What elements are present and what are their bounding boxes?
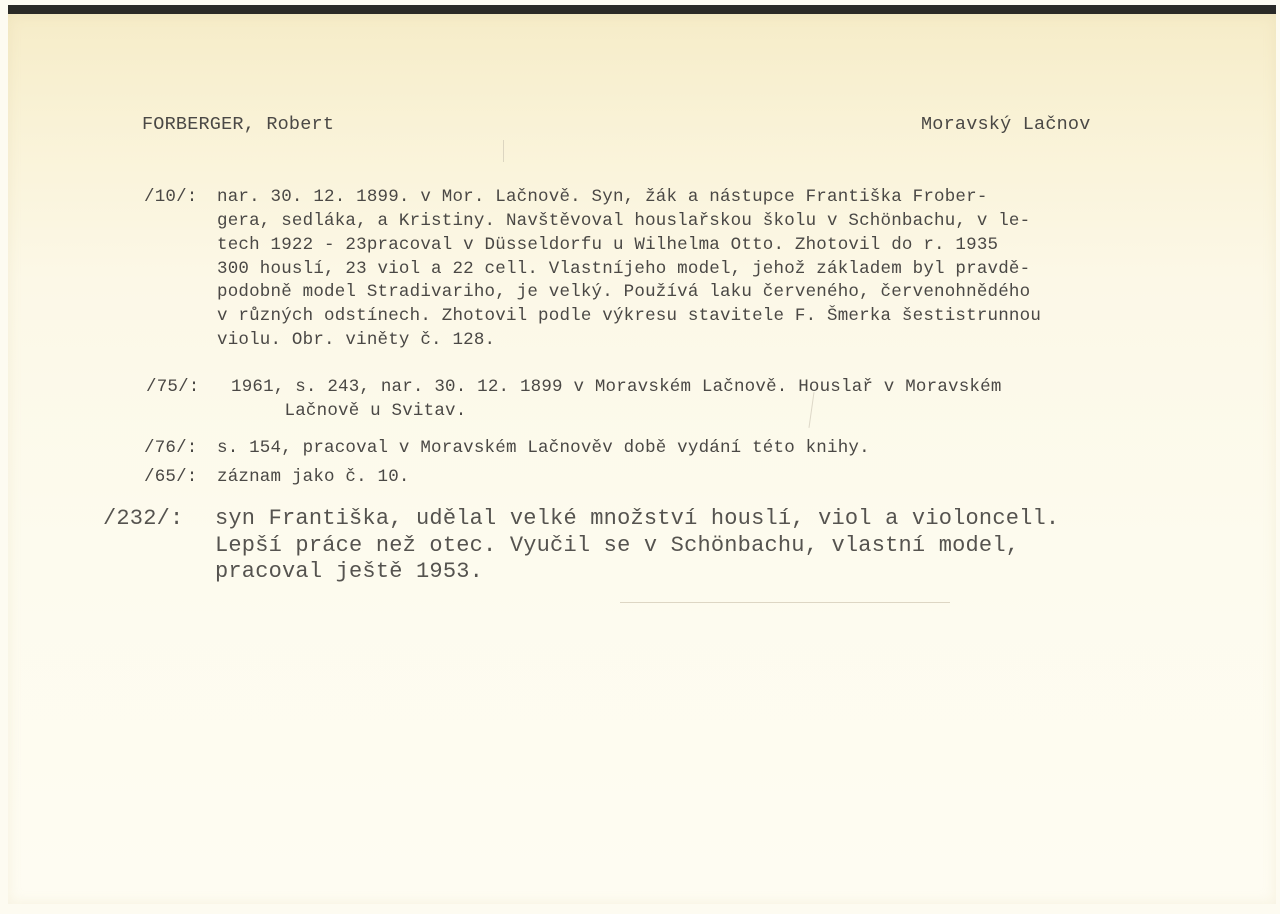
entry-line: s. 154, pracoval v Moravském Lačnověv do… <box>217 437 870 461</box>
scan-artifact <box>503 140 504 162</box>
source-ref: /232/: <box>103 508 183 531</box>
entry-line: Lačnově u Svitav. <box>231 400 466 424</box>
entry-line: syn Františka, udělal velké množství hou… <box>215 508 1059 531</box>
card-top-edge <box>8 5 1276 14</box>
entry-line: v různých odstínech. Zhotovil podle výkr… <box>217 305 1041 329</box>
scanned-document: FORBERGER, Robert Moravský Lačnov /10/: … <box>0 0 1280 914</box>
entry-line: gera, sedláka, a Kristiny. Navštěvoval h… <box>217 210 1030 234</box>
maker-place: Moravský Lačnov <box>921 114 1091 135</box>
source-ref: /75/: <box>146 376 200 400</box>
entry-line: pracoval ještě 1953. <box>215 561 483 584</box>
entry-line: 300 houslí, 23 viol a 22 cell. Vlastníje… <box>217 258 1030 282</box>
entry-line: Lepší práce než otec. Vyučil se v Schönb… <box>215 535 1019 558</box>
source-ref: /65/: <box>144 466 198 490</box>
entry-line: violu. Obr. viněty č. 128. <box>217 329 495 353</box>
scan-artifact <box>620 602 950 603</box>
entry-line: záznam jako č. 10. <box>217 466 410 490</box>
source-ref: /10/: <box>144 186 198 210</box>
maker-name: FORBERGER, Robert <box>142 114 334 135</box>
entry-line: 1961, s. 243, nar. 30. 12. 1899 v Moravs… <box>231 376 1002 400</box>
entry-line: tech 1922 - 23pracoval v Düsseldorfu u W… <box>217 234 998 258</box>
source-ref: /76/: <box>144 437 198 461</box>
entry-line: podobně model Stradivariho, je velký. Po… <box>217 281 1030 305</box>
entry-line: nar. 30. 12. 1899. v Mor. Lačnově. Syn, … <box>217 186 988 210</box>
